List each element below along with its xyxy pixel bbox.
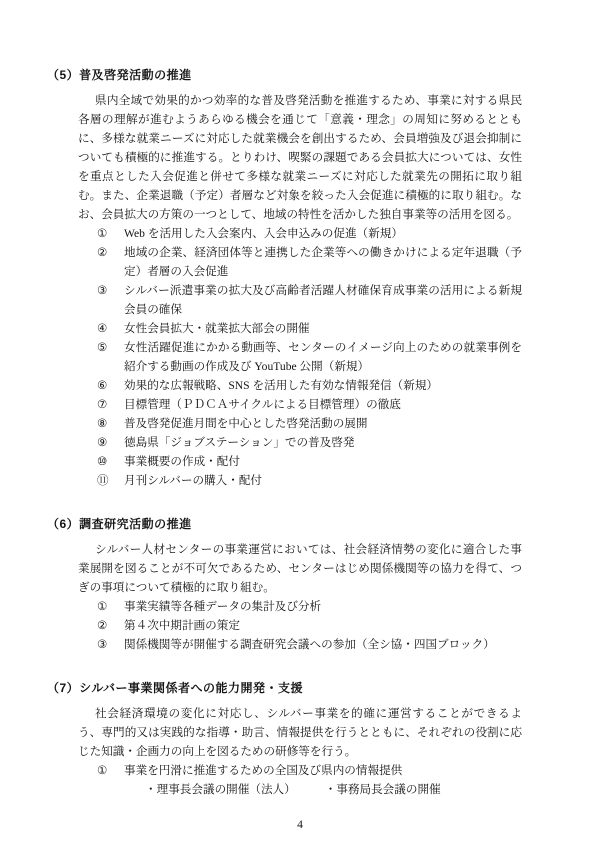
numbered-list: ① 事業実績等各種データの集計及び分析 ② 第４次中期計画の策定 ③ 関係機関等… [78, 597, 522, 654]
numbered-list: ① Web を活用した入会案内、入会申込みの促進（新規） ② 地域の企業、経済団… [78, 224, 522, 490]
list-item: ① Web を活用した入会案内、入会申込みの促進（新規） [78, 224, 522, 243]
item-number: ⑪ [97, 471, 109, 490]
list-item: ① 事業を円滑に推進するための全国及び県内の情報提供 [78, 761, 522, 780]
item-number: ⑨ [97, 433, 107, 452]
list-item: ③ シルバー派遣事業の拡大及び高齢者活躍人材確保育成事業の活用による新規会員の確… [78, 281, 522, 319]
item-text: 徳島県「ジョブステーション」での普及啓発 [124, 436, 355, 449]
section-paragraph: 社会経済環境の変化に対応し、シルバー事業を的確に運営することができるよう、専門的… [78, 704, 522, 761]
item-number: ③ [97, 281, 107, 300]
item-number: ① [97, 761, 107, 780]
item-text: 目標管理（ＰＤＣＡサイクルによる目標管理）の徹底 [124, 398, 401, 411]
list-item: ⑥ 効果的な広報戦略、SNS を活用した有効な情報発信（新規） [78, 376, 522, 395]
item-number: ① [97, 597, 107, 616]
sub-bullet-line: ・理事長会議の開催（法人） ・事務局長会議の開催 [78, 780, 522, 799]
section-paragraph: 県内全域で効果的かつ効率的な普及啓発活動を推進するため、事業に対する県民各層の理… [78, 91, 522, 224]
list-item: ③ 関係機関等が開催する調査研究会議への参加（全シ協・四国ブロック） [78, 635, 522, 654]
section-noryoku-kaihatsu: （7）シルバー事業関係者への能力開発・支援 社会経済環境の変化に対応し、シルバー… [78, 679, 522, 799]
item-number: ⑤ [97, 338, 107, 357]
item-number: ② [97, 616, 107, 635]
item-text: 第４次中期計画の策定 [124, 619, 240, 632]
list-item: ⑦ 目標管理（ＰＤＣＡサイクルによる目標管理）の徹底 [78, 395, 522, 414]
list-item: ⑩ 事業概要の作成・配付 [78, 452, 522, 471]
section-fukyu-keihatsu: （5）普及啓発活動の推進 県内全域で効果的かつ効率的な普及啓発活動を推進するため… [78, 66, 522, 490]
item-number: ② [97, 243, 107, 262]
list-item: ② 第４次中期計画の策定 [78, 616, 522, 635]
item-number: ⑦ [97, 395, 107, 414]
item-text: Web を活用した入会案内、入会申込みの促進（新規） [124, 227, 403, 240]
item-text: 地域の企業、経済団体等と連携した企業等への働きかけによる定年退職（予定）者層の入… [124, 246, 522, 278]
list-item: ① 事業実績等各種データの集計及び分析 [78, 597, 522, 616]
item-text: 事業実績等各種データの集計及び分析 [124, 600, 321, 613]
item-text: 普及啓発促進月間を中心とした啓発活動の展開 [124, 417, 367, 430]
item-text: 関係機関等が開催する調査研究会議への参加（全シ協・四国ブロック） [124, 638, 495, 651]
numbered-list: ① 事業を円滑に推進するための全国及び県内の情報提供 ・理事長会議の開催（法人）… [78, 761, 522, 799]
list-item: ⑨ 徳島県「ジョブステーション」での普及啓発 [78, 433, 522, 452]
list-item: ⑤ 女性活躍促進にかかる動画等、センターのイメージ向上のための就業事例を紹介する… [78, 338, 522, 376]
item-number: ⑧ [97, 414, 107, 433]
item-text: シルバー派遣事業の拡大及び高齢者活躍人材確保育成事業の活用による新規会員の確保 [124, 284, 522, 316]
list-item: ⑧ 普及啓発促進月間を中心とした啓発活動の展開 [78, 414, 522, 433]
item-number: ④ [97, 319, 107, 338]
page-number: 4 [78, 815, 522, 834]
section-heading: （6）調査研究活動の推進 [47, 515, 522, 534]
section-heading: （7）シルバー事業関係者への能力開発・支援 [47, 679, 522, 698]
item-text: 月刊シルバーの購入・配付 [124, 474, 262, 487]
list-item: ② 地域の企業、経済団体等と連携した企業等への働きかけによる定年退職（予定）者層… [78, 243, 522, 281]
list-item: ④ 女性会員拡大・就業拡大部会の開催 [78, 319, 522, 338]
section-paragraph: シルバー人材センターの事業運営においては、社会経済情勢の変化に適合した事業展開を… [78, 540, 522, 597]
list-item: ⑪ 月刊シルバーの購入・配付 [78, 471, 522, 490]
section-chosa-kenkyu: （6）調査研究活動の推進 シルバー人材センターの事業運営においては、社会経済情勢… [78, 515, 522, 654]
item-text: 女性会員拡大・就業拡大部会の開催 [124, 322, 310, 335]
item-number: ③ [97, 635, 107, 654]
item-number: ⑥ [97, 376, 107, 395]
item-text: 効果的な広報戦略、SNS を活用した有効な情報発信（新規） [124, 379, 438, 392]
item-text: 事業を円滑に推進するための全国及び県内の情報提供 [124, 764, 402, 777]
item-number: ⑩ [97, 452, 107, 471]
section-heading: （5）普及啓発活動の推進 [47, 66, 522, 85]
item-text: 女性活躍促進にかかる動画等、センターのイメージ向上のための就業事例を紹介する動画… [124, 341, 522, 373]
document-page: （5）普及啓発活動の推進 県内全域で効果的かつ効率的な普及啓発活動を推進するため… [0, 0, 600, 849]
item-number: ① [97, 224, 107, 243]
item-text: 事業概要の作成・配付 [124, 455, 240, 468]
